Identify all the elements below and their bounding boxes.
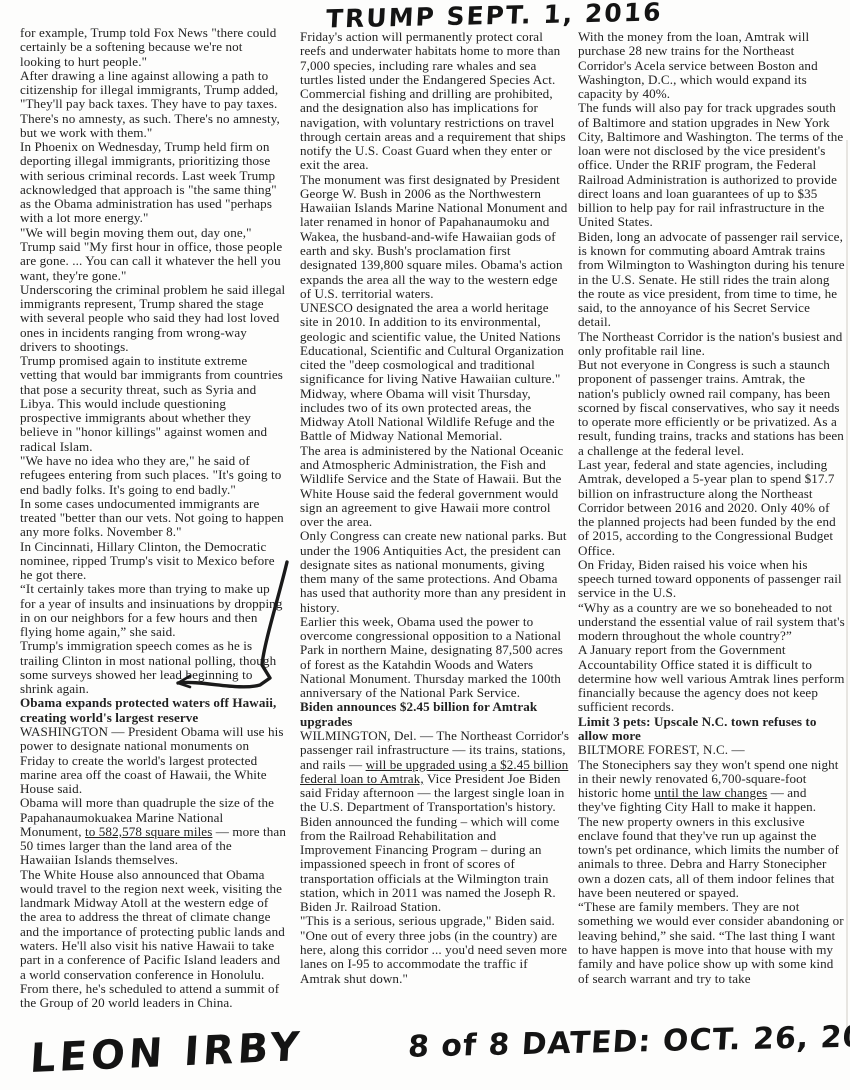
body-text: WASHINGTON — President Obama will use hi… [20, 724, 284, 796]
body-text: The Northeast Corridor is the nation's b… [578, 329, 842, 358]
body-text: Trump promised again to institute extrem… [20, 353, 283, 454]
news-column-2: Friday's action will permanently protect… [300, 30, 570, 986]
paragraph: The new property owners in this exclusiv… [578, 815, 846, 901]
body-text: Last year, federal and state agencies, i… [578, 457, 836, 558]
underlined-text: to 582,578 square miles [85, 824, 212, 839]
paragraph: But not everyone in Congress is such a s… [578, 358, 846, 458]
body-text: On Friday, Biden raised his voice when h… [578, 557, 842, 601]
handwritten-page-number-and-date: 8 of 8 DATED: OCT. 26, 2016 [407, 1018, 850, 1064]
body-text: Midway, where Obama will visit Thursday,… [300, 386, 555, 444]
paragraph: Biden announced the funding – which will… [300, 815, 570, 915]
body-text: The monument was first designated by Pre… [300, 172, 567, 301]
paragraph: WILMINGTON, Del. — The Northeast Corrido… [300, 729, 570, 815]
handwritten-margin-arrow-mark [160, 548, 300, 698]
paragraph: “These are family members. They are not … [578, 900, 846, 986]
body-text: Earlier this week, Obama used the power … [300, 614, 563, 700]
body-text: The funds will also pay for track upgrad… [578, 100, 843, 229]
paragraph: The monument was first designated by Pre… [300, 173, 570, 301]
body-text: “Why as a country are we so boneheaded t… [578, 600, 845, 644]
paragraph: A January report from the Government Acc… [578, 643, 846, 714]
paragraph: With the money from the loan, Amtrak wil… [578, 30, 846, 101]
paragraph: Last year, federal and state agencies, i… [578, 458, 846, 558]
paragraph: Trump promised again to institute extrem… [20, 354, 286, 454]
scan-edge-artifact [846, 140, 848, 1040]
article-heading: Limit 3 pets: Upscale N.C. town refuses … [578, 715, 846, 744]
paragraph: BILTMORE FOREST, N.C. — [578, 743, 846, 757]
body-text: The White House also announced that Obam… [20, 867, 285, 1010]
body-text: UNESCO designated the area a world herit… [300, 300, 564, 386]
body-text: In some cases undocumented immigrants ar… [20, 496, 284, 540]
body-text: Only Congress can create new national pa… [300, 528, 567, 614]
body-text: The new property owners in this exclusiv… [578, 814, 839, 900]
paragraph: Midway, where Obama will visit Thursday,… [300, 387, 570, 444]
paragraph: After drawing a line against allowing a … [20, 69, 286, 140]
body-text: Biden announced the funding – which will… [300, 814, 559, 915]
body-text: But not everyone in Congress is such a s… [578, 357, 844, 458]
body-text: Biden, long an advocate of passenger rai… [578, 229, 845, 330]
paragraph: The Stoneciphers say they won't spend on… [578, 758, 846, 815]
paragraph: “Why as a country are we so boneheaded t… [578, 601, 846, 644]
paragraph: WASHINGTON — President Obama will use hi… [20, 725, 286, 796]
body-text: "This is a serious, serious upgrade," Bi… [300, 913, 567, 985]
body-text: Underscoring the criminal problem he sai… [20, 282, 285, 354]
handwritten-signature: LEON IRBY [29, 1024, 305, 1082]
body-text: With the money from the loan, Amtrak wil… [578, 29, 818, 101]
body-text: "We will begin moving them out, day one,… [20, 225, 282, 283]
paragraph: UNESCO designated the area a world herit… [300, 301, 570, 387]
paragraph: In Phoenix on Wednesday, Trump held firm… [20, 140, 286, 226]
paragraph: The White House also announced that Obam… [20, 868, 286, 1011]
paragraph: Friday's action will permanently protect… [300, 30, 570, 173]
paragraph: for example, Trump told Fox News "there … [20, 26, 286, 69]
paragraph: Earlier this week, Obama used the power … [300, 615, 570, 701]
paragraph: On Friday, Biden raised his voice when h… [578, 558, 846, 601]
body-text: BILTMORE FOREST, N.C. — [578, 742, 745, 757]
article-heading: Obama expands protected waters off Hawai… [20, 696, 286, 725]
paragraph: "We have no idea who they are," he said … [20, 454, 286, 497]
paragraph: Biden, long an advocate of passenger rai… [578, 230, 846, 330]
body-text: “These are family members. They are not … [578, 899, 844, 985]
body-text: After drawing a line against allowing a … [20, 68, 280, 140]
paragraph: "This is a serious, serious upgrade," Bi… [300, 914, 570, 985]
scanned-newspaper-page: for example, Trump told Fox News "there … [0, 0, 850, 1090]
paragraph: "We will begin moving them out, day one,… [20, 226, 286, 283]
body-text: Obama expands protected waters off Hawai… [20, 695, 276, 724]
news-column-3: With the money from the loan, Amtrak wil… [578, 30, 846, 986]
body-text: The area is administered by the National… [300, 443, 563, 529]
body-text: Biden announces $2.45 billion for Amtrak… [300, 699, 537, 728]
paragraph: The area is administered by the National… [300, 444, 570, 530]
paragraph: The funds will also pay for track upgrad… [578, 101, 846, 229]
article-heading: Biden announces $2.45 billion for Amtrak… [300, 700, 570, 729]
body-text: In Phoenix on Wednesday, Trump held firm… [20, 139, 277, 225]
underlined-text: until the law changes [654, 785, 767, 800]
news-column-1: for example, Trump told Fox News "there … [20, 26, 286, 1010]
body-text: Limit 3 pets: Upscale N.C. town refuses … [578, 714, 817, 743]
paragraph: Only Congress can create new national pa… [300, 529, 570, 615]
body-text: for example, Trump told Fox News "there … [20, 25, 276, 69]
paragraph: The Northeast Corridor is the nation's b… [578, 330, 846, 359]
paragraph: In some cases undocumented immigrants ar… [20, 497, 286, 540]
body-text: A January report from the Government Acc… [578, 642, 845, 714]
body-text: Friday's action will permanently protect… [300, 29, 566, 172]
paragraph: Obama will more than quadruple the size … [20, 796, 286, 867]
paragraph: Underscoring the criminal problem he sai… [20, 283, 286, 354]
body-text: "We have no idea who they are," he said … [20, 453, 281, 497]
